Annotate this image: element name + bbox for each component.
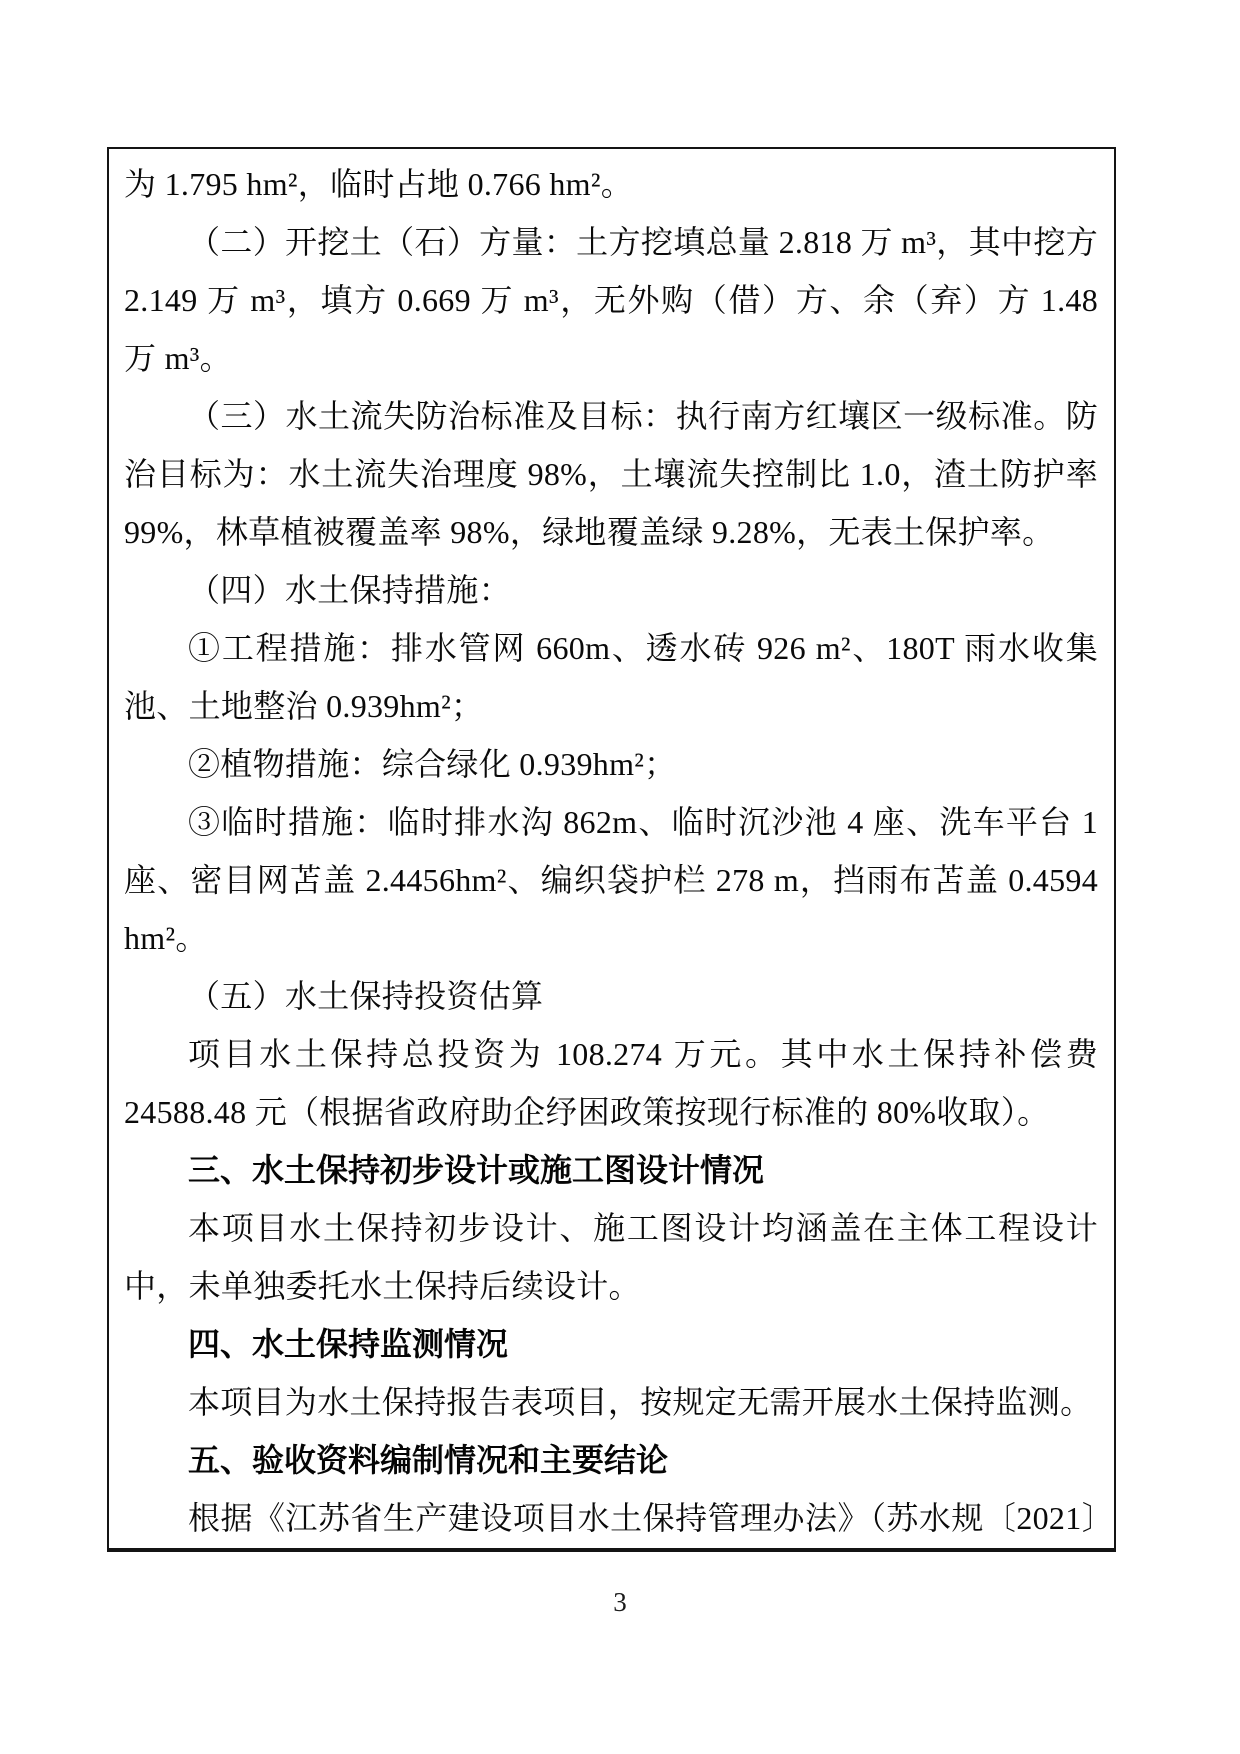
paragraph-design-status: 本项目水土保持初步设计、施工图设计均涵盖在主体工程设计中，未单独委托水土保持后续… [124,1199,1098,1315]
paragraph-plant-measures: ②植物措施：综合绿化 0.939hm²； [124,735,1098,793]
paragraph-control-standards-targets: （三）水土流失防治标准及目标：执行南方红壤区一级标准。防治目标为：水土流失治理度… [124,387,1098,561]
section-heading-3-design: 三、水土保持初步设计或施工图设计情况 [124,1141,1098,1199]
paragraph-continued-land-area: 为 1.795 hm²，临时占地 0.766 hm²。 [124,155,1098,213]
section-heading-4-monitoring: 四、水土保持监测情况 [124,1315,1098,1373]
paragraph-engineering-measures: ①工程措施：排水管网 660m、透水砖 926 m²、180T 雨水收集池、土地… [124,619,1098,735]
section-heading-5-acceptance: 五、验收资料编制情况和主要结论 [124,1431,1098,1489]
paragraph-conservation-measures-label: （四）水土保持措施： [124,561,1098,619]
page-number: 3 [0,1586,1240,1618]
paragraph-excavation-volume: （二）开挖土（石）方量：土方挖填总量 2.818 万 m³，其中挖方 2.149… [124,213,1098,387]
paragraph-investment-details: 项目水土保持总投资为 108.274 万元。其中水土保持补偿费 24588.48… [124,1025,1098,1141]
paragraph-temporary-measures: ③临时措施：临时排水沟 862m、临时沉沙池 4 座、洗车平台 1 座、密目网苫… [124,793,1098,967]
report-table-cell: 为 1.795 hm²，临时占地 0.766 hm²。 （二）开挖土（石）方量：… [107,147,1116,1552]
paragraph-monitoring-status: 本项目为水土保持报告表项目，按规定无需开展水土保持监测。 [124,1373,1098,1431]
document-page: 为 1.795 hm²，临时占地 0.766 hm²。 （二）开挖土（石）方量：… [0,0,1240,1754]
paragraph-acceptance-conclusion: 根据《江苏省生产建设项目水土保持管理办法》（苏水规〔2021〕8 号）规定，编制… [124,1489,1098,1552]
paragraph-investment-estimate-label: （五）水土保持投资估算 [124,967,1098,1025]
